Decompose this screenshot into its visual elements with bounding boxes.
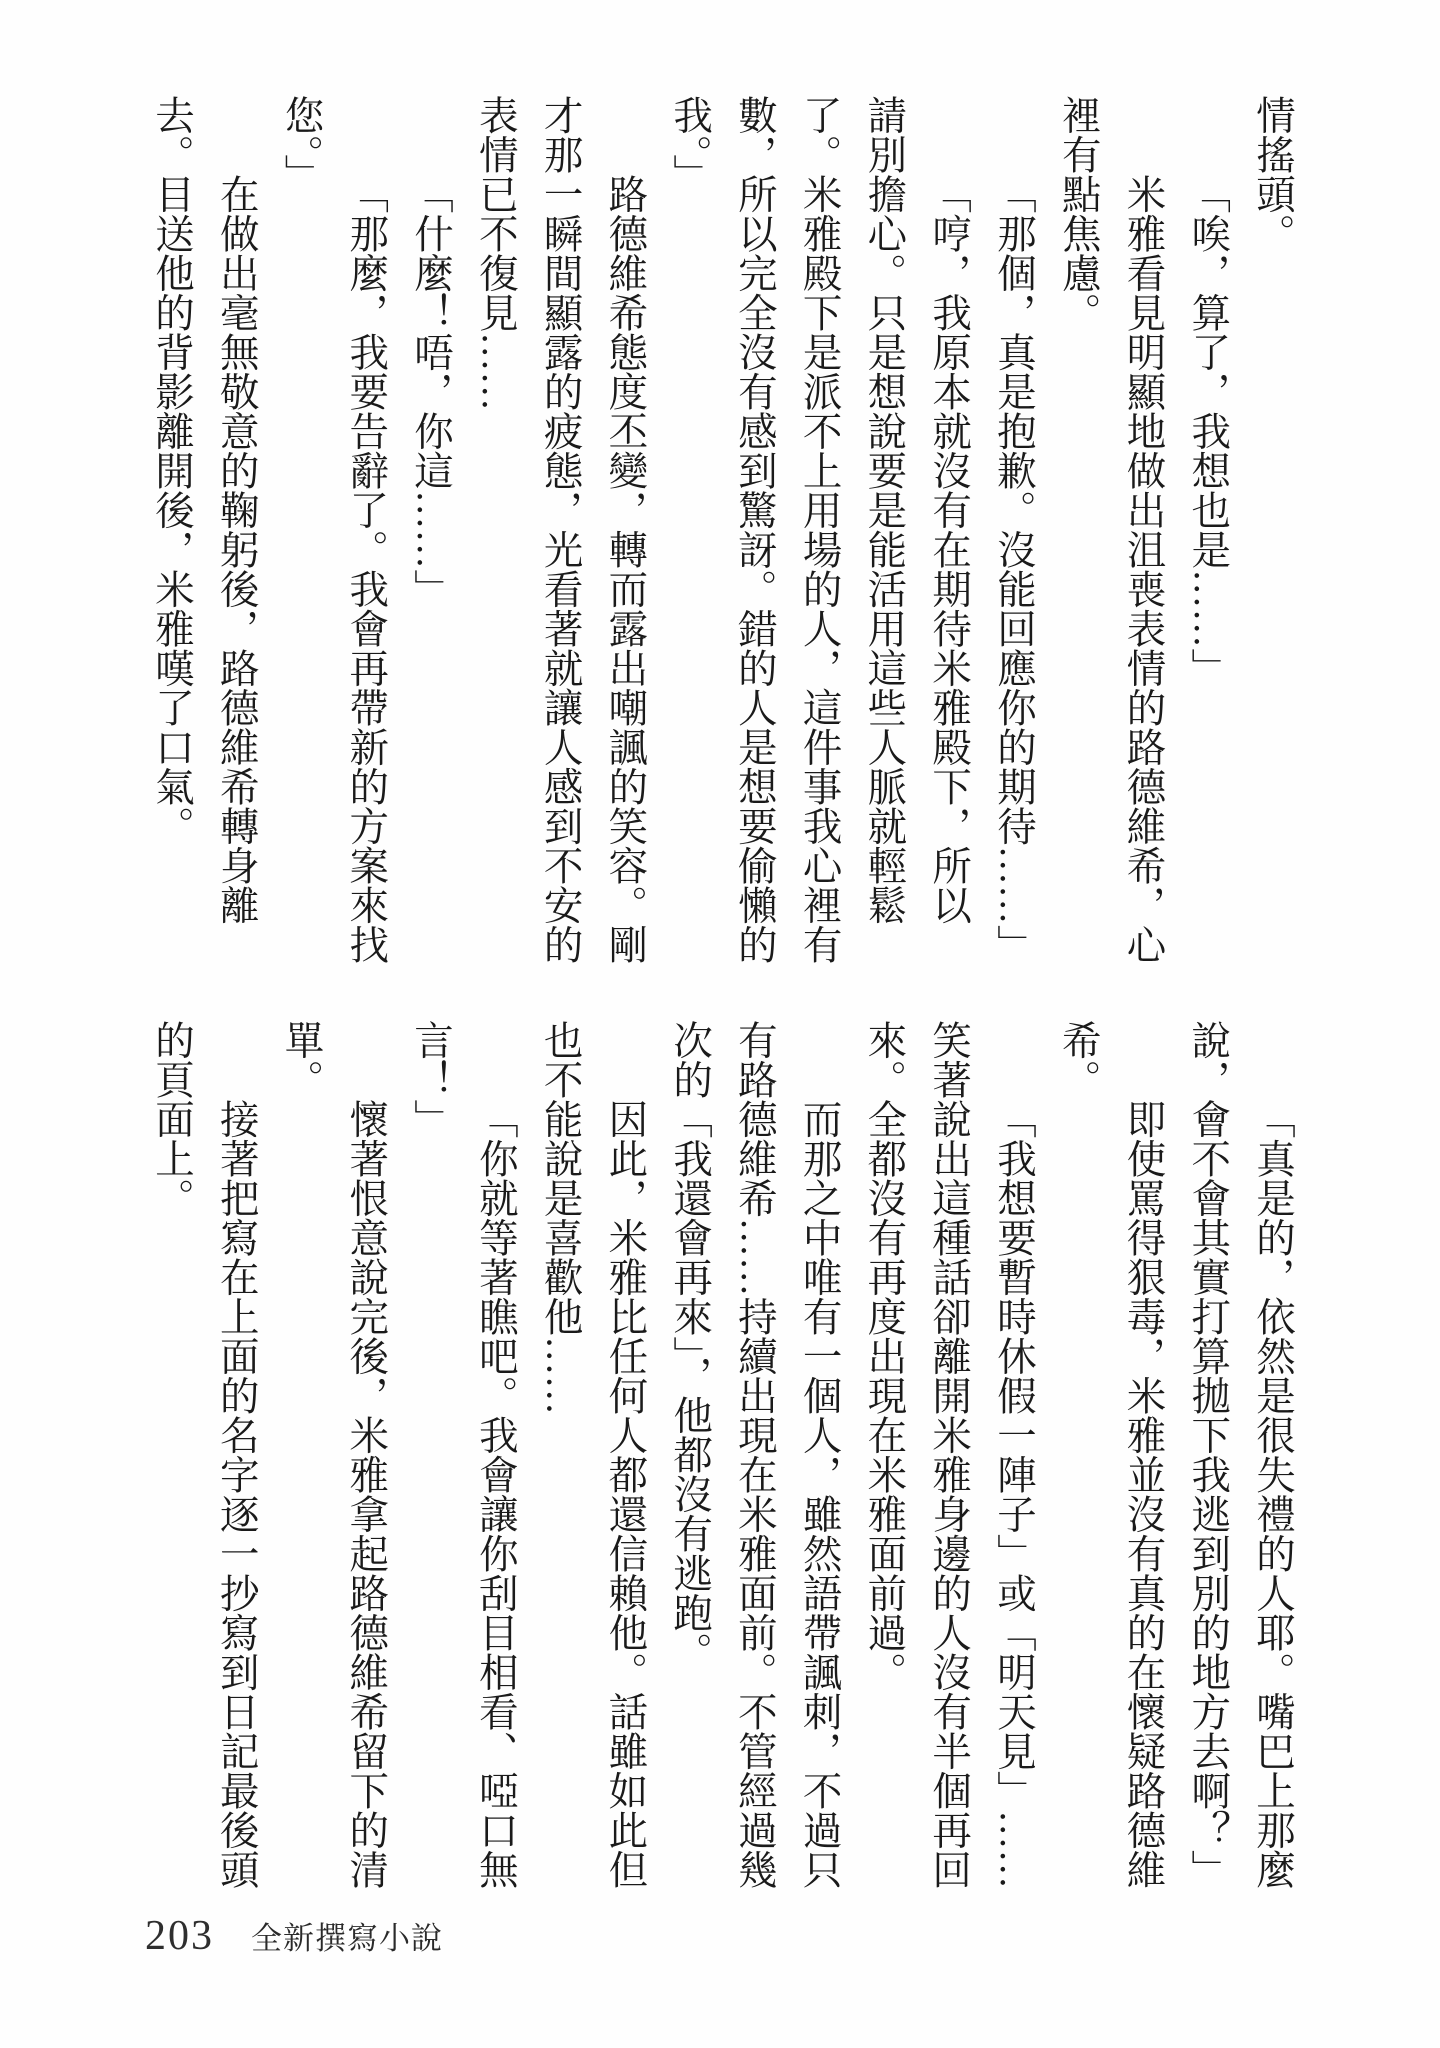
chapter-title: 全新撰寫小說 (251, 1913, 443, 1958)
text-column: 也不能說是喜歡他…… (528, 1020, 593, 1889)
text-column: 「我想要暫時休假一陣子」或「明天見」…… (981, 1020, 1046, 1889)
text-column: 數，所以完全沒有感到驚訝。錯的人是想要偷懶的 (722, 95, 787, 964)
text-column: 路德維希態度丕變，轉而露出嘲諷的笑容。剛 (593, 95, 658, 964)
text-column: 言！」 (398, 1020, 463, 1889)
text-column: 「哼，我原本就沒有在期待米雅殿下，所以 (916, 95, 981, 964)
text-block-bottom: 「真是的，依然是很失禮的人耶。嘴巴上那麼說，會不會其實打算拋下我逃到別的地方去啊… (138, 1020, 1305, 1889)
text-column: 請別擔心。只是想說要是能活用這些人脈就輕鬆 (852, 95, 917, 964)
text-column: 了。米雅殿下是派不上用場的人，這件事我心裡有 (787, 95, 852, 964)
text-column: 「你就等著瞧吧。我會讓你刮目相看、啞口無 (463, 1020, 528, 1889)
text-column: 「真是的，依然是很失禮的人耶。嘴巴上那麼 (1240, 1020, 1305, 1889)
text-column: 希。 (1046, 1020, 1111, 1889)
text-column: 「唉，算了，我想也是……」 (1175, 95, 1240, 964)
text-column: 接著把寫在上面的名字逐一抄寫到日記最後頭 (204, 1020, 269, 1889)
text-column: 「那個，真是抱歉。沒能回應你的期待……」 (981, 95, 1046, 964)
text-column: 「什麼！唔，你這……」 (398, 95, 463, 964)
text-column: 表情已不復見…… (463, 95, 528, 964)
text-column: 笑著說出這種話卻離開米雅身邊的人沒有半個再回 (916, 1020, 981, 1889)
page-footer: 203 全新撰寫小說 (145, 1912, 443, 1960)
text-column: 米雅看見明顯地做出沮喪表情的路德維希，心 (1111, 95, 1176, 964)
text-column: 有路德維希……持續出現在米雅面前。不管經過幾 (722, 1020, 787, 1889)
text-column: 我。」 (657, 95, 722, 964)
text-column: 而那之中唯有一個人，雖然語帶諷刺，不過只 (787, 1020, 852, 1889)
text-column: 您。」 (269, 95, 334, 964)
text-column: 「那麼，我要告辭了。我會再帶新的方案來找 (334, 95, 399, 964)
text-column: 裡有點焦慮。 (1046, 95, 1111, 964)
text-column: 情搖頭。 (1240, 95, 1305, 964)
text-column: 來。全都沒有再度出現在米雅面前過。 (852, 1020, 917, 1889)
text-column: 因此，米雅比任何人都還信賴他。話雖如此但 (593, 1020, 658, 1889)
text-block-top: 情搖頭。「唉，算了，我想也是……」米雅看見明顯地做出沮喪表情的路德維希，心裡有點… (138, 95, 1305, 964)
text-column: 才那一瞬間顯露的疲態，光看著就讓人感到不安的 (528, 95, 593, 964)
page-number: 203 (145, 1912, 214, 1960)
text-column: 在做出毫無敬意的鞠躬後，路德維希轉身離 (204, 95, 269, 964)
text-column: 說，會不會其實打算拋下我逃到別的地方去啊？」 (1175, 1020, 1240, 1889)
text-column: 去。目送他的背影離開後，米雅嘆了口氣。 (139, 95, 204, 964)
book-page: 情搖頭。「唉，算了，我想也是……」米雅看見明顯地做出沮喪表情的路德維希，心裡有點… (0, 0, 1440, 2048)
text-column: 單。 (269, 1020, 334, 1889)
text-column: 次的「我還會再來」，他都沒有逃跑。 (657, 1020, 722, 1889)
text-column: 的頁面上。 (139, 1020, 204, 1889)
text-column: 懷著恨意說完後，米雅拿起路德維希留下的清 (334, 1020, 399, 1889)
text-column: 即使罵得狠毒，米雅並沒有真的在懷疑路德維 (1111, 1020, 1176, 1889)
